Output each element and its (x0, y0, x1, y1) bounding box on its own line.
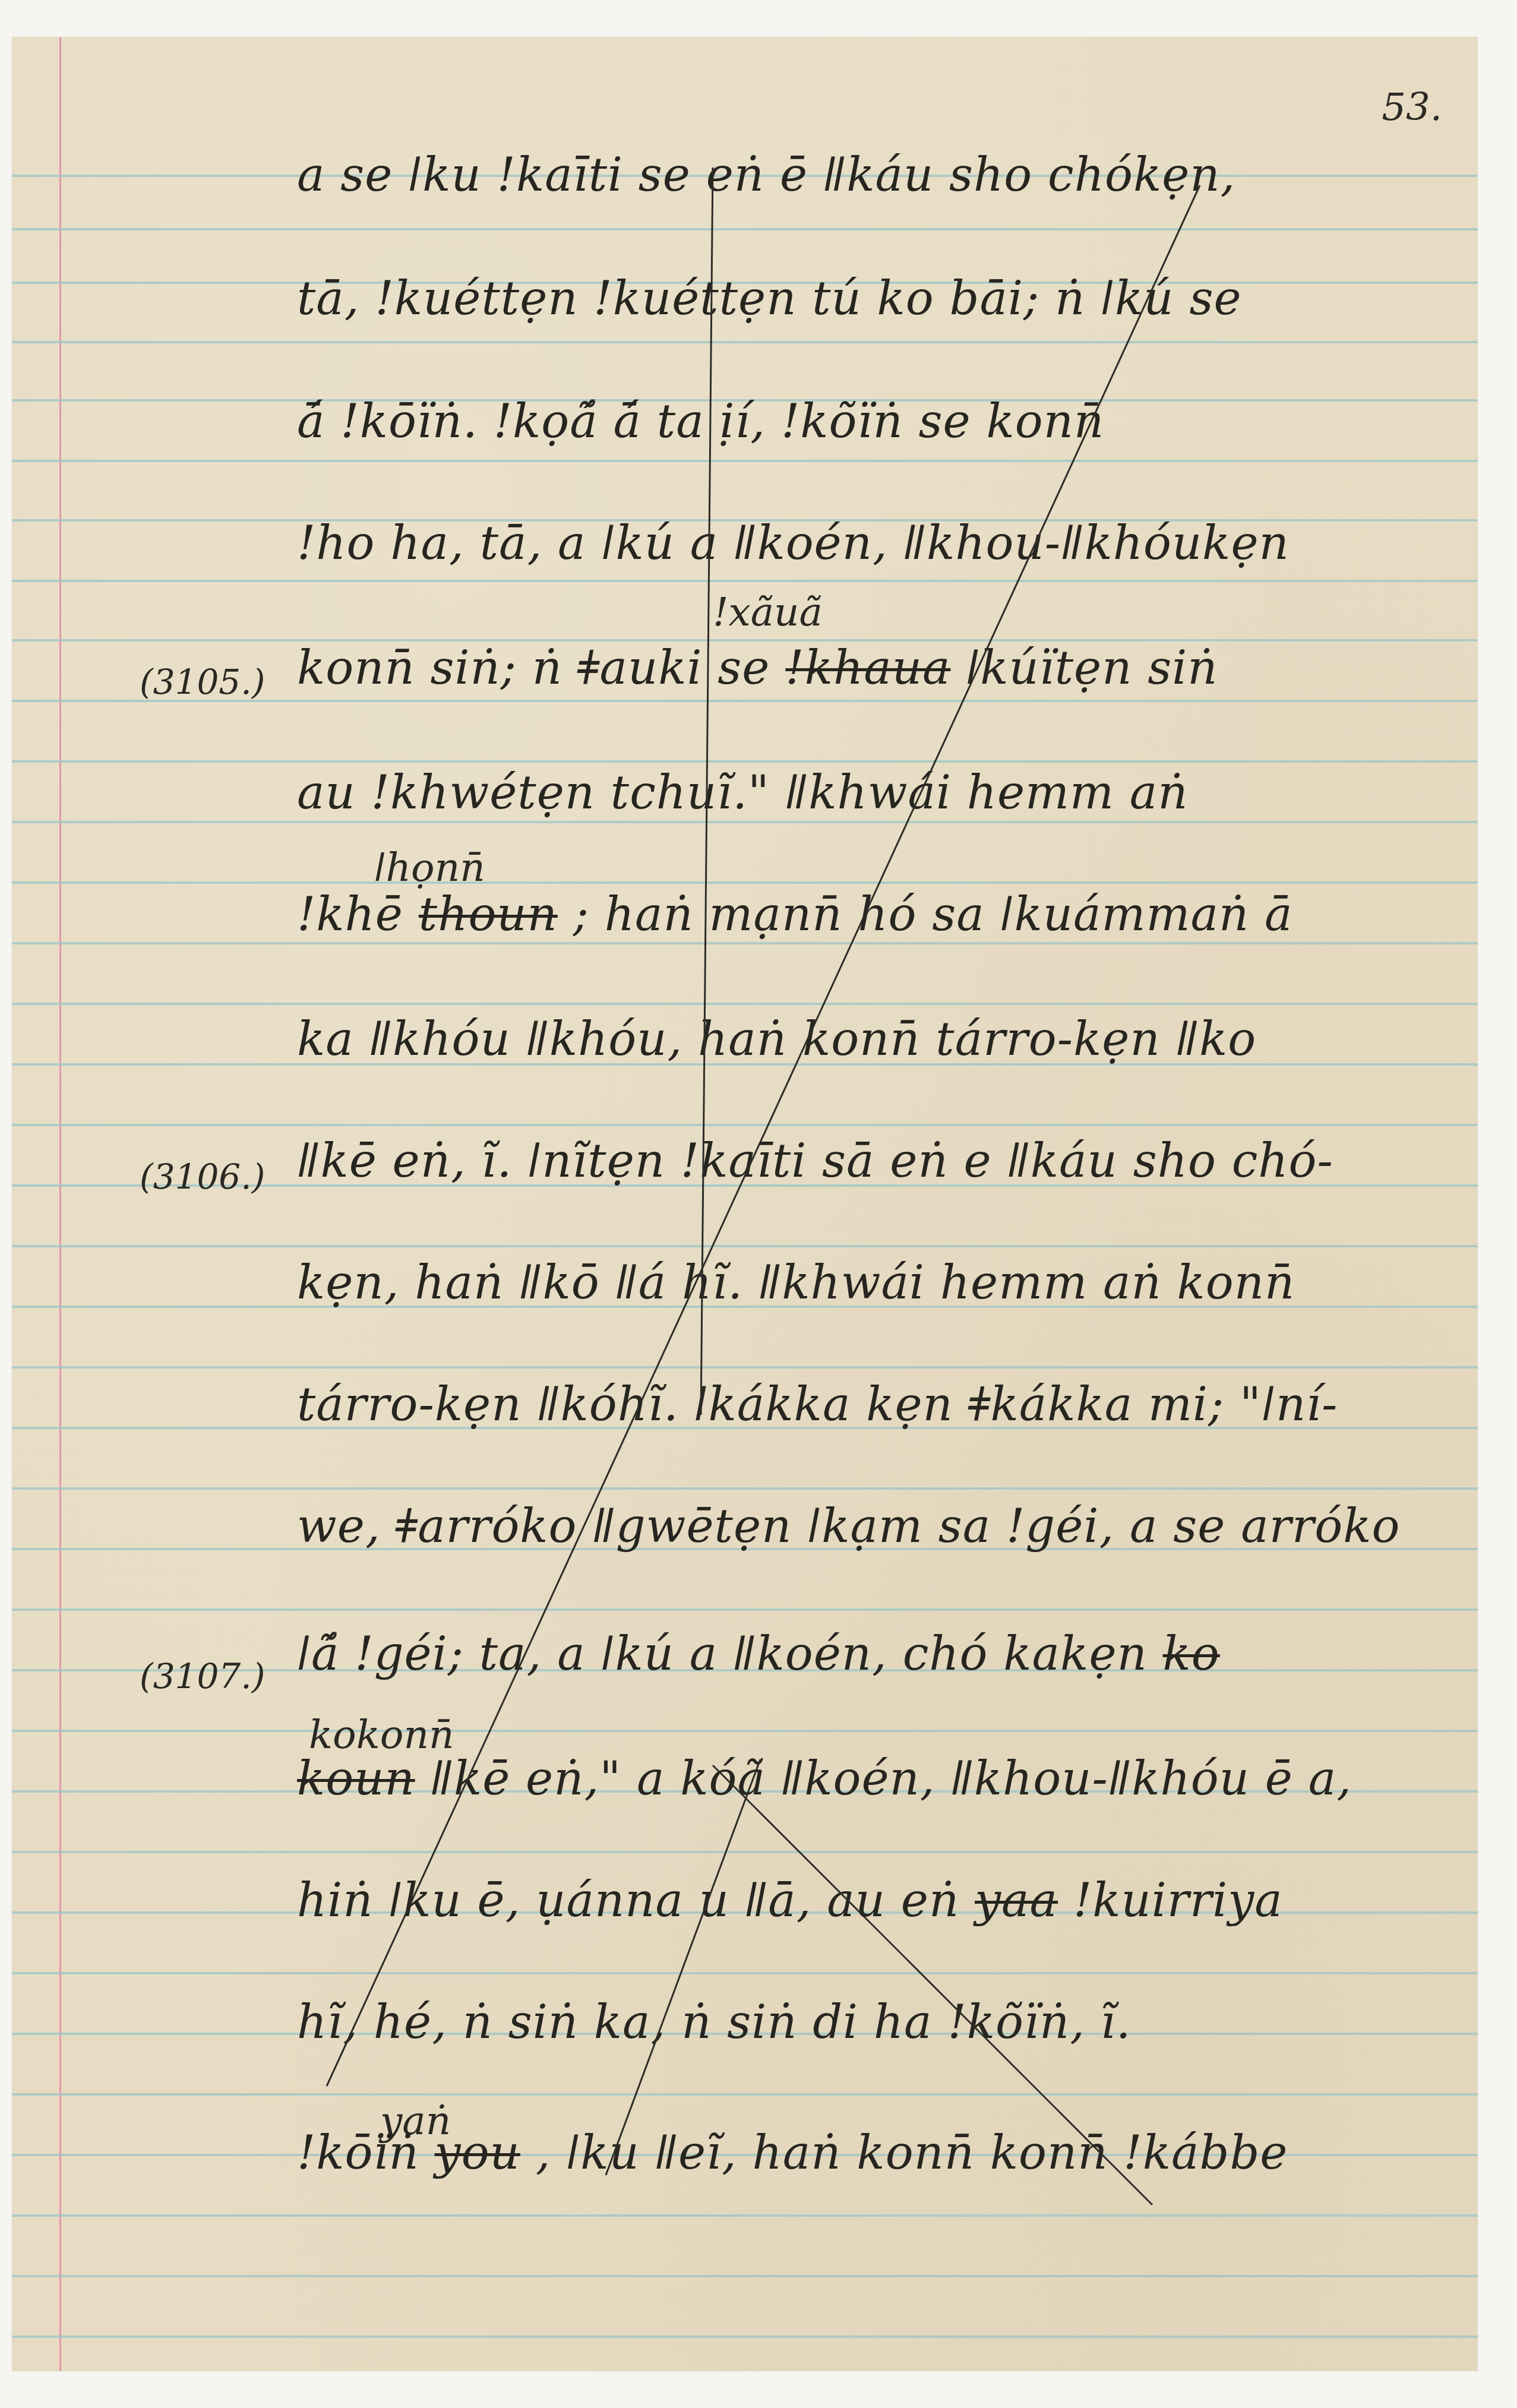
struck-word: ko (1163, 1628, 1220, 1681)
manuscript-line: hiṅ ǀku ē, ụánna u ǁā, au eṅ yaa !kuirri… (297, 1822, 1485, 1941)
manuscript-line: konn̄ siṅ; ṅ ǂauki se !khaua ǀkúïtẹn siṅ (297, 589, 1485, 708)
manuscript-line: koun ǁkē eṅ," a kóã ǁkoén, ǁkhou-ǁkhóu ē… (297, 1700, 1485, 1819)
manuscript-line: a se ǀku !kaīti se eṅ ē ǁkáu sho chókẹn, (297, 96, 1485, 215)
line-text: tā, !kuéttẹn !kuéttẹn tú ko bāi; ṅ ǀkú s… (297, 276, 1242, 322)
line-text-after: ǁkē eṅ," a kóã ǁkoén, ǁkhou-ǁkhóu ē a, (431, 1752, 1352, 1806)
ruled-line (12, 2214, 1478, 2217)
line-text: au !khwétẹn tchuĩ." ǁkhwái hemm aṅ (297, 770, 1189, 816)
struck-word: koun (297, 1752, 415, 1806)
ruled-line (12, 2275, 1478, 2277)
line-text: ka ǁkhóu ǁkhóu, haṅ konn̄ tárro-kẹn ǁko (297, 1016, 1256, 1063)
line-text: kẹn, haṅ ǁkō ǁá hĩ. ǁkhwái hemm aṅ konn̄ (297, 1260, 1295, 1306)
line-text: hĩ, hé, ṅ siṅ ka, ṅ siṅ di ha !kõïṅ, ĩ. (297, 1999, 1131, 2046)
line-text: konn̄ siṅ; ṅ ǂauki se (297, 641, 770, 695)
line-text: ǁkē eṅ, ĩ. ǀnĩtẹn !kaīti sā eṅ e ǁkáu sh… (297, 1138, 1333, 1184)
struck-word: you (435, 2126, 520, 2180)
line-text: !khē (297, 888, 403, 941)
struck-word: thoun (419, 888, 558, 941)
line-text-after: , ǀku ǁeĩ, haṅ konn̄ konn̄ !kábbe (536, 2126, 1288, 2180)
manuscript-line: ā́ !kōïṅ. !kọã́ ā́ ta ịí, !kõïṅ se konn̄ (297, 343, 1485, 462)
line-text: hiṅ ǀku ē, ụánna u ǁā, au eṅ (297, 1874, 959, 1927)
struck-word: yaa (975, 1874, 1058, 1927)
line-text-after: ; haṅ mạnn̄ hó sa ǀkuámmaṅ ā (573, 888, 1293, 941)
line-text: a se ǀku !kaīti se eṅ ē ǁkáu sho chókẹn, (297, 152, 1235, 198)
manuscript-line: we, ǂarróko ǁgwētẹn ǀkạm sa !géi, a se a… (297, 1448, 1485, 1566)
line-text: !ho ha, tā, a ǀkú a ǁkoén, ǁkhou-ǁkhóukẹ… (297, 520, 1290, 567)
struck-word: !khaua (785, 641, 950, 695)
line-text: ǀã́ !géi; ta, a ǀkú a ǁkoén, chó kakẹn (297, 1628, 1148, 1681)
line-text-after: !kuirriya (1073, 1874, 1283, 1927)
manuscript-line: au !khwétẹn tchuĩ." ǁkhwái hemm aṅ (297, 714, 1485, 833)
margin-line (59, 37, 61, 2371)
manuscript-line: ka ǁkhóu ǁkhóu, haṅ konn̄ tárro-kẹn ǁko (297, 960, 1485, 1079)
manuscript-page: 53. (3105.) (3106.) (3107.) a se ǀku !ka… (12, 37, 1478, 2371)
manuscript-line: ǀã́ !géi; ta, a ǀkú a ǁkoén, chó kakẹn k… (297, 1575, 1485, 1694)
manuscript-line: hĩ, hé, ṅ siṅ ka, ṅ siṅ di ha !kõïṅ, ĩ. (297, 1944, 1485, 2062)
entry-number: (3107.) (140, 1656, 265, 1696)
manuscript-line: tárro-kẹn ǁkóhĩ. ǀkákka kẹn ǂkákka mi; "… (297, 1326, 1485, 1445)
entry-number: (3105.) (140, 662, 265, 702)
line-text: ā́ !kōïṅ. !kọã́ ā́ ta ịí, !kõïṅ se konn̄ (297, 399, 1104, 445)
manuscript-line: !kōïṅ you , ǀku ǁeĩ, haṅ konn̄ konn̄ !ká… (297, 2074, 1485, 2193)
manuscript-line: !khē thoun ; haṅ mạnn̄ hó sa ǀkuámmaṅ ā (297, 836, 1485, 955)
manuscript-line: !ho ha, tā, a ǀkú a ǁkoén, ǁkhou-ǁkhóukẹ… (297, 464, 1485, 583)
manuscript-line: tā, !kuéttẹn !kuéttẹn tú ko bāi; ṅ ǀkú s… (297, 220, 1485, 339)
line-text: !kōïṅ (297, 2126, 419, 2180)
manuscript-line: kẹn, haṅ ǁkō ǁá hĩ. ǁkhwái hemm aṅ konn̄ (297, 1204, 1485, 1323)
line-text: we, ǂarróko ǁgwētẹn ǀkạm sa !géi, a se a… (297, 1503, 1401, 1550)
manuscript-line: ǁkē eṅ, ĩ. ǀnĩtẹn !kaīti sā eṅ e ǁkáu sh… (297, 1082, 1485, 1201)
ruled-line (12, 2336, 1478, 2338)
line-text-after: ǀkúïtẹn siṅ (966, 641, 1218, 695)
line-text: tárro-kẹn ǁkóhĩ. ǀkákka kẹn ǂkákka mi; "… (297, 1382, 1338, 1428)
entry-number: (3106.) (140, 1156, 265, 1197)
